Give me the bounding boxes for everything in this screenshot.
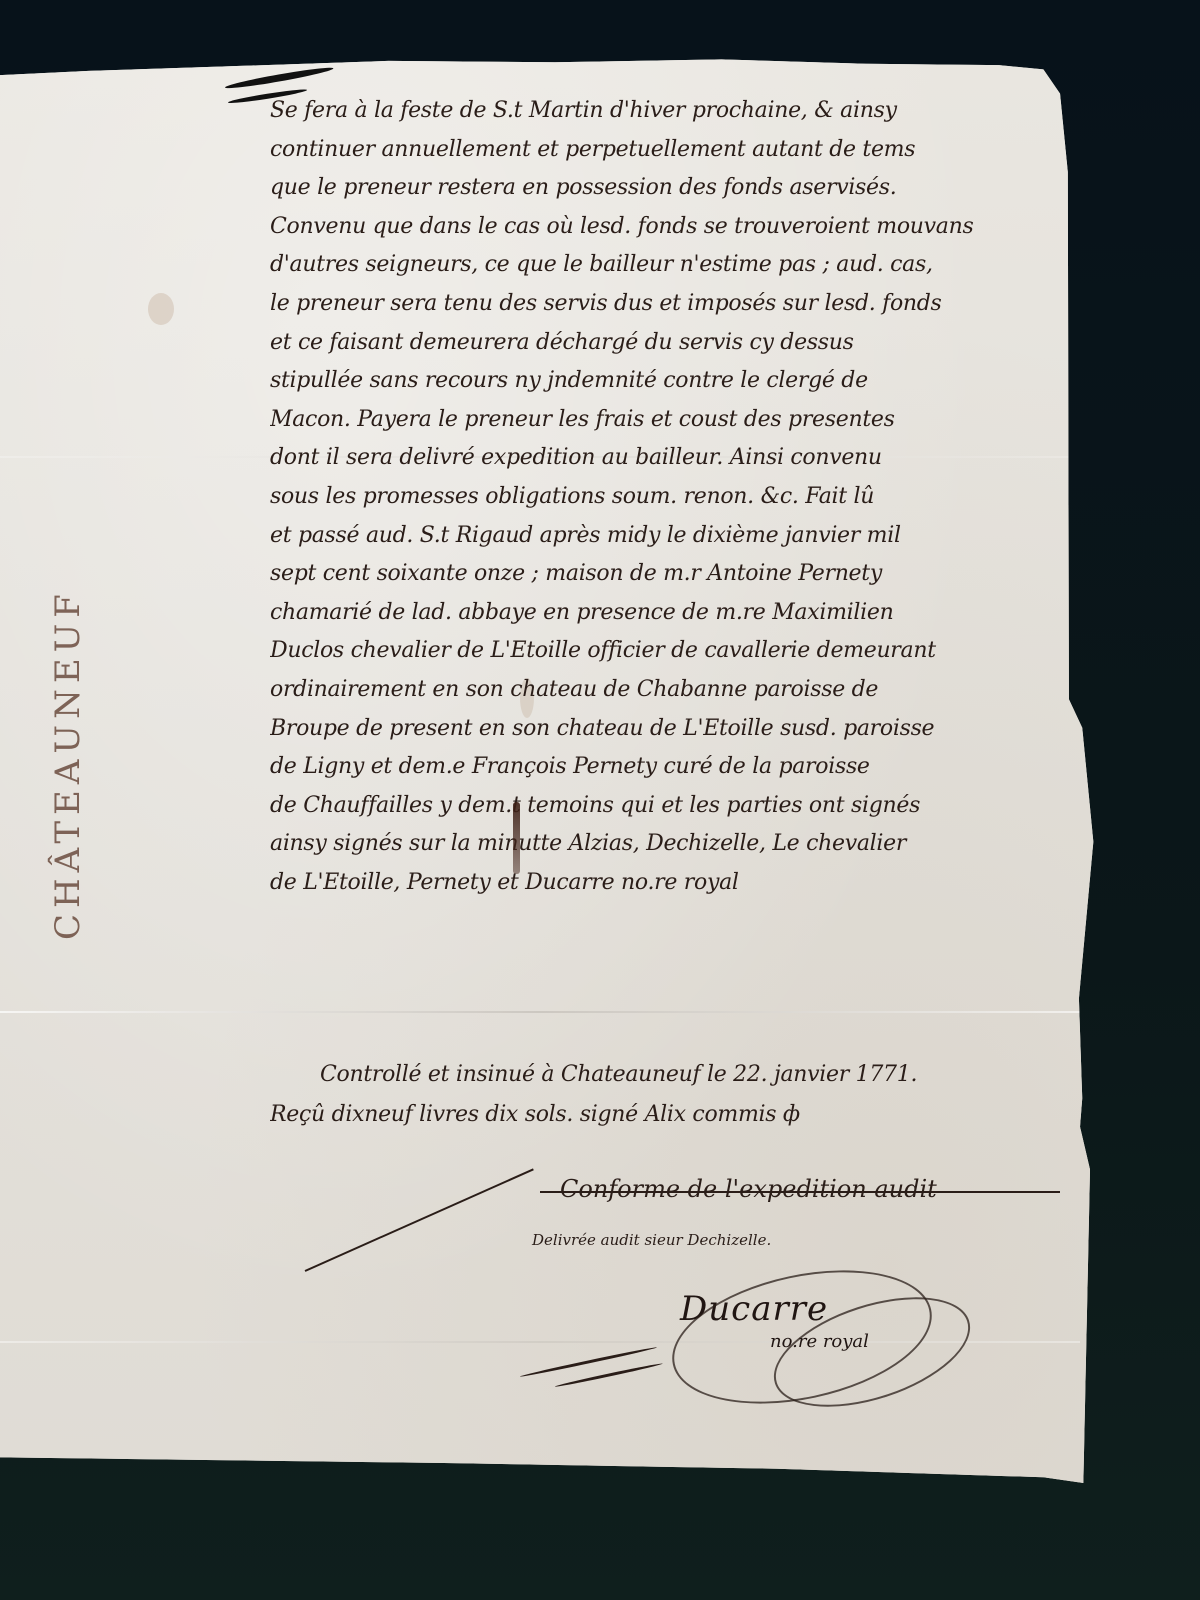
ink-blot: [513, 802, 520, 874]
body-line: Se fera à la feste de S.t Martin d'hiver…: [270, 92, 1100, 131]
body-line: dont il sera delivré expedition au baill…: [270, 439, 1100, 478]
body-line: et ce faisant demeurera déchargé du serv…: [270, 324, 1100, 363]
body-line: Broupe de present en son chateau de L'Et…: [270, 710, 1100, 749]
body-line: de L'Etoille, Pernety et Ducarre no.re r…: [270, 864, 1100, 903]
body-line: continuer annuellement et perpetuellemen…: [270, 131, 1100, 170]
body-line: sous les promesses obligations soum. ren…: [270, 478, 1100, 517]
body-line: Duclos chevalier de L'Etoille officier d…: [270, 632, 1100, 671]
strike-line: [540, 1191, 1060, 1193]
body-line: de Chauffailles y dem.t temoins qui et l…: [270, 787, 1100, 826]
body-line: que le preneur restera en possession des…: [270, 169, 1100, 208]
body-line: Macon. Payera le preneur les frais et co…: [270, 401, 1100, 440]
controle-line: Controllé et insinué à Chateauneuf le 22…: [270, 1055, 1100, 1095]
controle-registration: Controllé et insinué à Chateauneuf le 22…: [270, 1055, 1100, 1135]
closing-signature-block: Conforme de l'expedition audit Delivrée …: [540, 1175, 1100, 1352]
body-line: stipullée sans recours ny jndemnité cont…: [270, 362, 1100, 401]
body-line: le preneur sera tenu des servis dus et i…: [270, 285, 1100, 324]
body-line: d'autres seigneurs, ce que le bailleur n…: [270, 246, 1100, 285]
deed-body-text: Se fera à la feste de S.t Martin d'hiver…: [270, 92, 1100, 902]
margin-stamp: CHÂTEAUNEUF: [48, 610, 88, 940]
delivery-note: Delivrée audit sieur Dechizelle.: [532, 1231, 1100, 1249]
body-line: ordinairement en son chateau de Chabanne…: [270, 671, 1100, 710]
fold-line: [0, 1011, 1080, 1013]
body-line: chamarié de lad. abbaye en presence de m…: [270, 594, 1100, 633]
body-line: de Ligny et dem.e François Pernety curé …: [270, 748, 1100, 787]
body-line: sept cent soixante onze ; maison de m.r …: [270, 555, 1100, 594]
controle-line: Reçû dixneuf livres dix sols. signé Alix…: [270, 1095, 1100, 1135]
conforme-text: Conforme de l'expedition audit: [560, 1175, 937, 1203]
body-line: et passé aud. S.t Rigaud après midy le d…: [270, 517, 1100, 556]
body-line: Convenu que dans le cas où lesd. fonds s…: [270, 208, 1100, 247]
paper-stain: [148, 293, 174, 325]
body-line: ainsy signés sur la minutte Alzias, Dech…: [270, 825, 1100, 864]
conforme-statement: Conforme de l'expedition audit: [540, 1175, 1100, 1203]
